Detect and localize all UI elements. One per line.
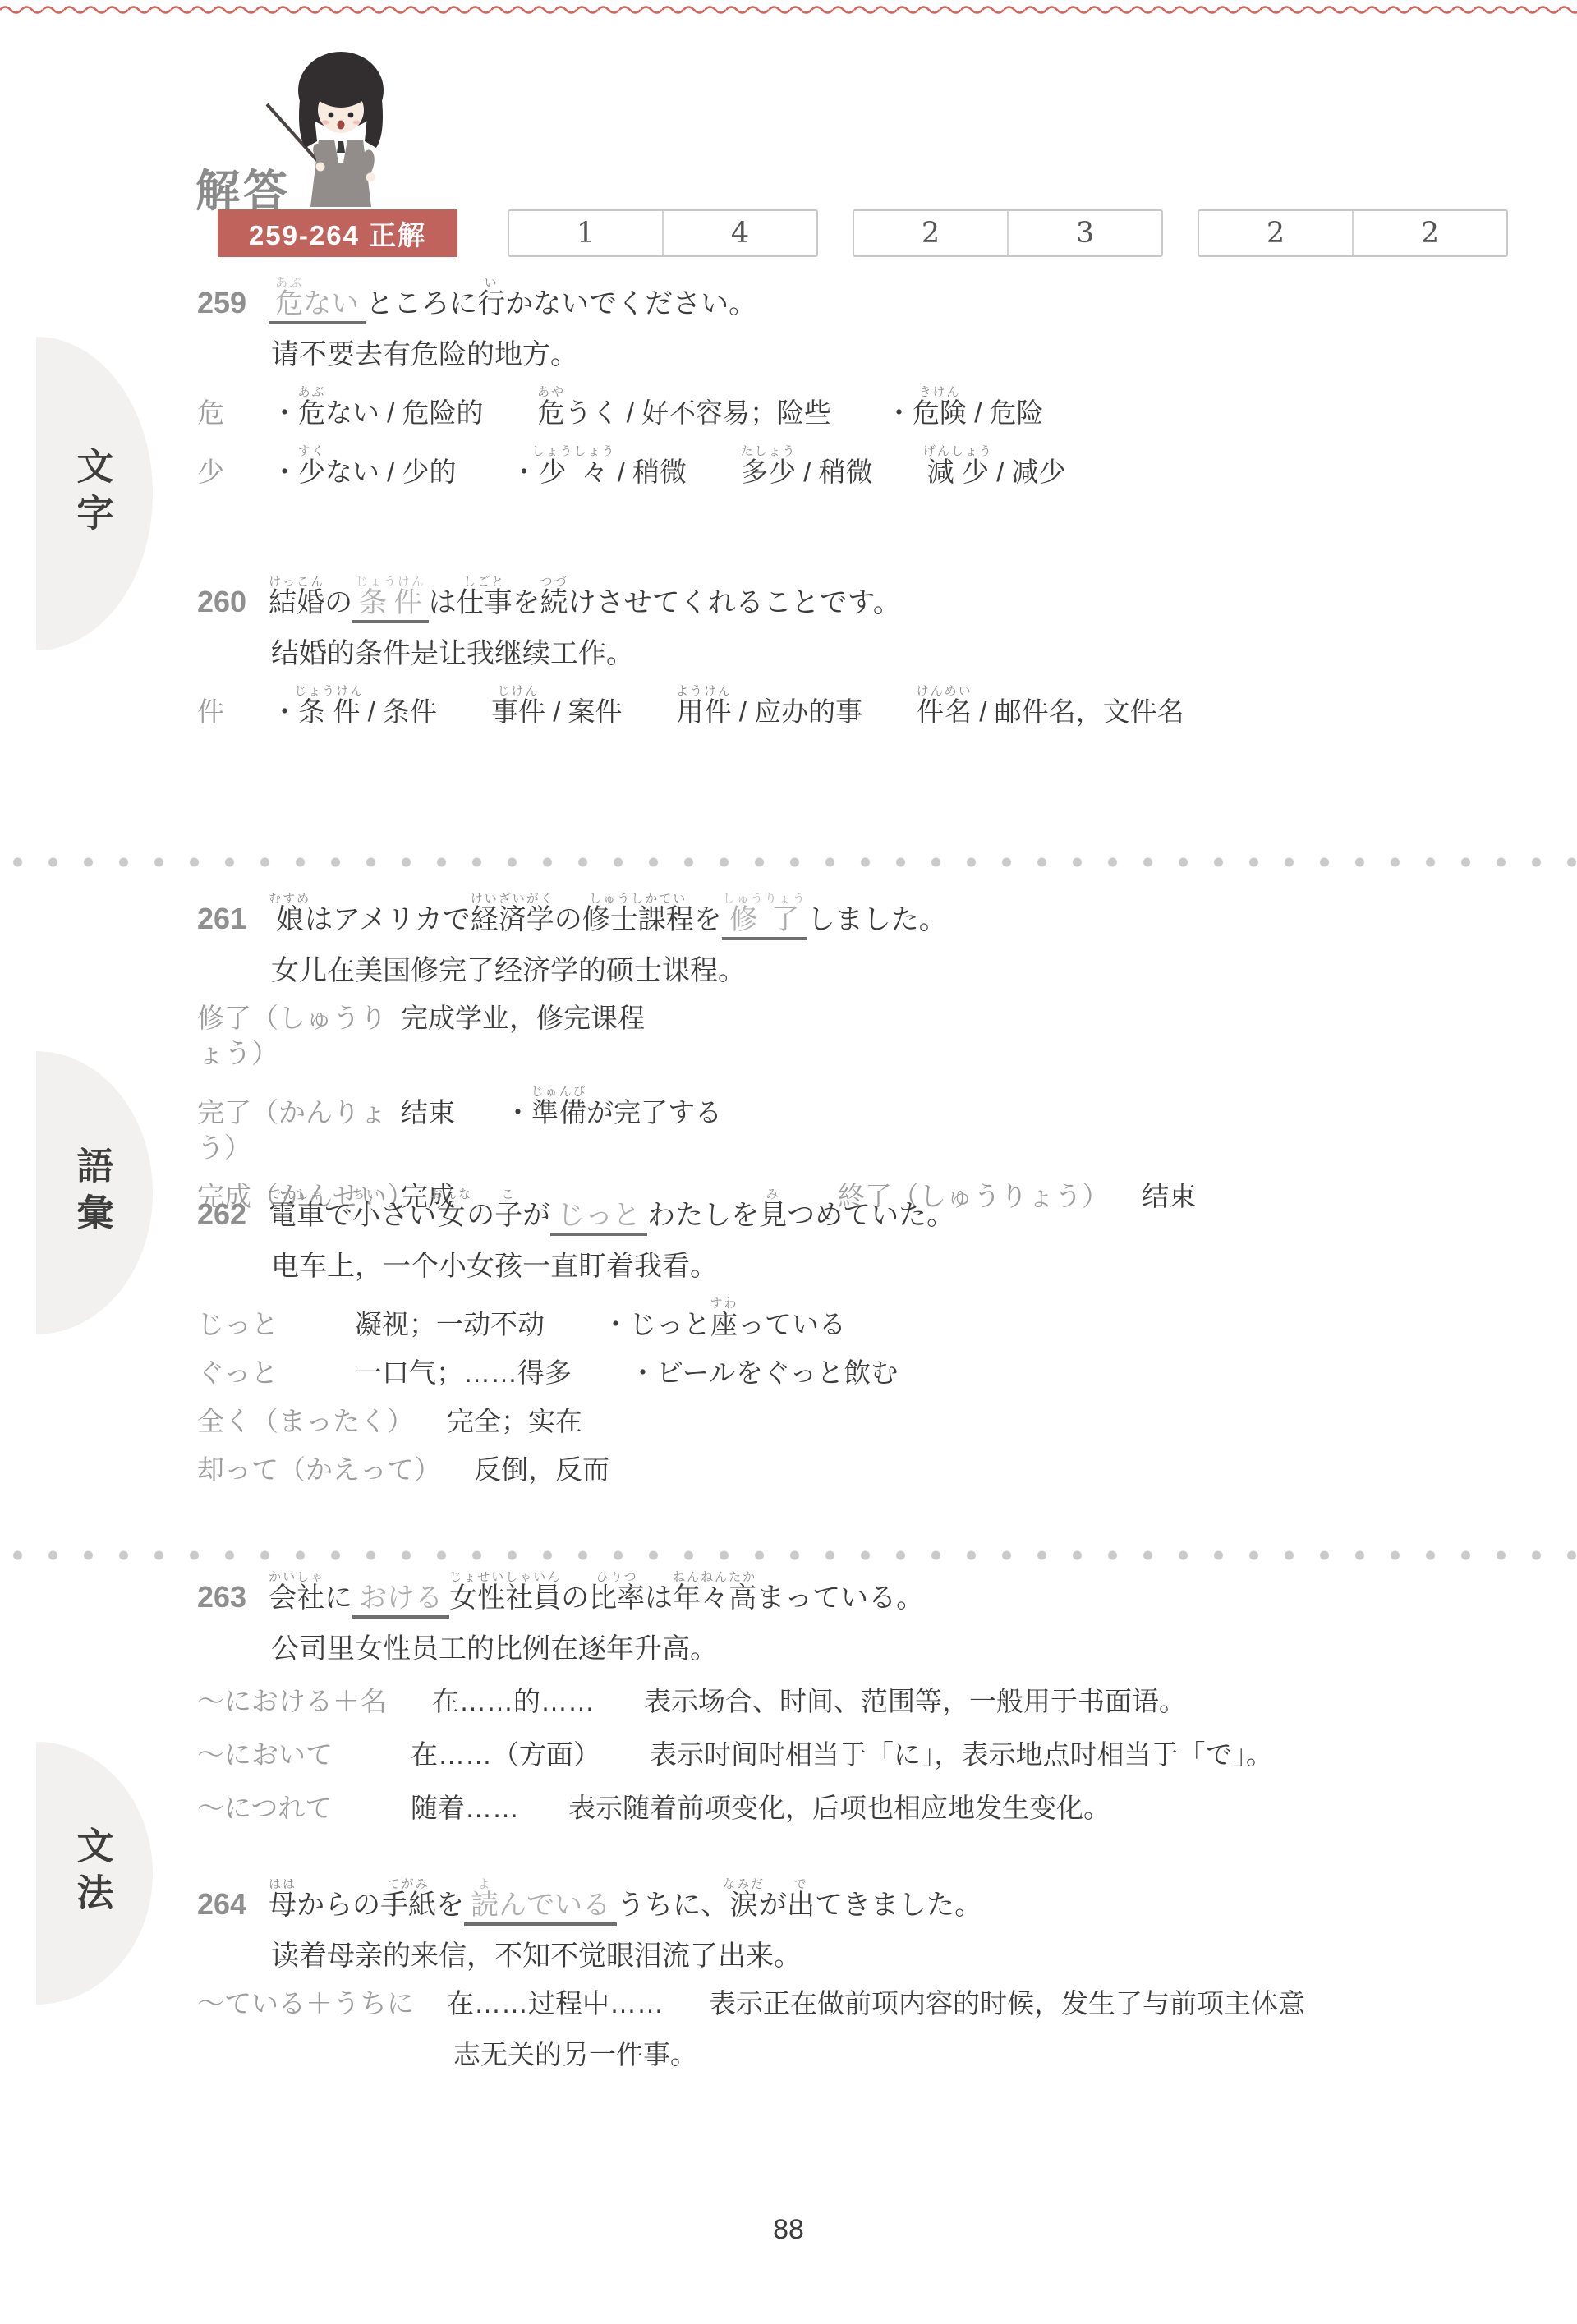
answer-boxes: 142322 [508, 209, 1508, 257]
text-segment: を [436, 1890, 464, 1921]
text-segment: / 条件 [361, 696, 492, 727]
ruby-annotated-word: 件名けんめい [917, 696, 972, 727]
ruby-annotated-word: 行い [477, 288, 505, 319]
explanation-rows: 件・条件じょうけん / 条件 事件じけん / 案件 用件ようけん / 应办的事 … [197, 684, 1577, 730]
ruby-annotated-word: 危あや [538, 397, 565, 428]
text-segment: 在……（方面） [411, 1739, 600, 1770]
side-tab-bunpo: 文法 [36, 1742, 153, 2005]
ruby-annotated-word: 少々しょうしょう [538, 457, 610, 487]
entry-example: 表示随着前项变化，后项也相应地发生变化。 [568, 1791, 1110, 1826]
question-number: 262 [197, 1197, 246, 1231]
entry-meaning: 一口气；……得多 [355, 1356, 572, 1391]
ruby-annotated-word: 女性社員じょせいしゃいん [449, 1582, 561, 1614]
text-segment: ～につれて [197, 1793, 332, 1823]
entry-label: 完了（かんりょう） [197, 1095, 401, 1166]
question-sentence: 結婚けっこんの条件じょうけんは仕事しごとを続つづけさせてくれることです。 [269, 575, 901, 619]
text-segment: 表示正在做前项内容的时候，发生了与前项主体意 [709, 1988, 1305, 2019]
text-segment: 在……的…… [432, 1686, 595, 1716]
text-segment: ・ [271, 397, 298, 428]
text-segment: 随着…… [411, 1793, 519, 1823]
question-block: 260結婚けっこんの条件じょうけんは仕事しごとを続つづけさせてくれることです。结… [197, 575, 1577, 730]
text-segment: を [513, 587, 540, 618]
ruby-annotated-word: 出で [787, 1890, 815, 1921]
text-segment: / 应办的事 [732, 696, 917, 727]
page-number: 88 [0, 2214, 1577, 2246]
chinese-translation: 请不要去有危险的地方。 [271, 332, 1577, 372]
ruby-annotated-word: 娘むすめ [269, 904, 305, 935]
ruby-annotated-word: 座すわ [710, 1309, 738, 1339]
ruby-annotated-word: 結婚けっこん [269, 587, 324, 618]
ruby-annotated-word: 電車でんしゃ [269, 1200, 324, 1231]
entry-example: ・準備じゅんびが完了する [504, 1085, 722, 1131]
ruby-annotated-word: 事件じけん [491, 696, 545, 727]
entry-label: じっと [197, 1307, 322, 1343]
explanation-rows: 修了（しゅうりょう）完成学业，修完课程完了（かんりょう）结束・準備じゅんびが完了… [197, 1001, 1577, 1214]
text-segment: てきました。 [815, 1890, 982, 1921]
text-segment: まっている。 [756, 1582, 924, 1614]
ruby-annotated-word: 条件じょうけん [359, 587, 422, 618]
ruby-annotated-word: 条件じょうけん [298, 696, 361, 727]
text-segment: うちに、 [617, 1890, 729, 1921]
text-segment: が [759, 1890, 787, 1921]
explanation-row: じっと凝视；一动不动・じっと座すわっている [197, 1297, 1577, 1343]
entry-label: 少 [197, 455, 271, 490]
entry-example: 表示场合、时间、范围等，一般用于书面语。 [644, 1684, 1186, 1720]
entry-label: 却って（かえって） [197, 1453, 441, 1488]
explanation-row: 件・条件じょうけん / 条件 事件じけん / 案件 用件ようけん / 应办的事 … [197, 684, 1577, 730]
answer-cell: 3 [1007, 211, 1161, 255]
text-segment: / 危险 [967, 397, 1044, 428]
entry-label: 危 [197, 396, 271, 431]
text-segment: わたしを [647, 1200, 759, 1231]
question-heading: 260結婚けっこんの条件じょうけんは仕事しごとを続つづけさせてくれることです。 [197, 575, 1577, 619]
side-tab-moji: 文字 [36, 337, 153, 650]
entry-meaning: ・少すくない / 少的 ・少々しょうしょう / 稍微 多少たしょう / 稍微 減… [271, 444, 1066, 490]
text-segment: ～における＋名 [197, 1686, 387, 1716]
ruby-annotated-word: 読よ [471, 1890, 499, 1921]
question-number: 260 [197, 585, 246, 618]
explanation-row: ～ている＋うちに在……过程中……表示正在做前项内容的时候，发生了与前项主体意 [197, 1986, 1577, 2022]
entry-meaning: 反倒，反而 [474, 1453, 609, 1488]
entry-meaning: 完全；实在 [447, 1404, 582, 1440]
text-segment: は [645, 1582, 673, 1614]
chinese-translation: 公司里女性员工的比例在逐年升高。 [271, 1626, 1577, 1666]
textbook-answer-page: 解答 259-264 正解 142322 文字 語彙 文法 259危あぶないとこ… [0, 0, 1577, 2324]
entry-example-continuation: 志无关的另一件事。 [453, 2033, 1577, 2072]
ruby-annotated-word: 危険きけん [913, 397, 967, 428]
answer-cell: 2 [1199, 211, 1352, 255]
text-segment: 修了（しゅうりょう） [197, 1003, 387, 1068]
entry-meaning: 在……（方面） [411, 1738, 600, 1773]
entry-meaning: 在……过程中…… [447, 1986, 664, 2022]
ruby-annotated-word: 修了しゅうりょう [729, 904, 801, 935]
question-number: 259 [197, 286, 246, 319]
text-segment: んでいる [499, 1890, 610, 1921]
entry-example: ・ビールをぐっと飲む [629, 1356, 898, 1391]
text-segment: ない / 危险的 [325, 397, 538, 428]
text-segment: が [522, 1200, 550, 1231]
question-number: 263 [197, 1580, 246, 1614]
explanation-rows: ～における＋名在……的……表示场合、时间、范围等，一般用于书面语。～において在…… [197, 1684, 1577, 1826]
text-segment: 表示时间时相当于「に」，表示地点时相当于「で」。 [650, 1739, 1273, 1770]
ruby-annotated-word: 涙なみだ [729, 1890, 759, 1921]
entry-meaning: 完成学业，修完课程 [401, 1001, 645, 1036]
explanation-row: 修了（しゅうりょう）完成学业，修完课程 [197, 1001, 1577, 1072]
explanation-row: 危・危あぶない / 危险的 危あやうく / 好不容易；险些 ・危険きけん / 危… [197, 385, 1577, 431]
text-segment: じっと [197, 1309, 278, 1339]
entry-label: 修了（しゅうりょう） [197, 1001, 401, 1072]
side-tab-goi: 語彙 [36, 1051, 153, 1334]
side-tab-label: 語彙 [66, 1146, 119, 1240]
ruby-annotated-word: 危あぶ [275, 288, 303, 319]
question-number: 264 [197, 1887, 246, 1921]
bangs [318, 80, 364, 108]
text-segment: を [694, 904, 722, 935]
text-segment: からの [297, 1890, 380, 1921]
ruby-annotated-word: 母はは [269, 1890, 297, 1921]
question-number: 261 [197, 902, 246, 935]
text-segment: おける [359, 1582, 443, 1614]
entry-example: ・じっと座すわっている [602, 1297, 846, 1343]
explanation-row: ぐっと一口气；……得多・ビールをぐっと飲む [197, 1356, 1577, 1391]
explanation-row: 却って（かえって）反倒，反而 [197, 1453, 1577, 1488]
entry-meaning: 结束 [401, 1095, 455, 1131]
entry-meaning: ・条件じょうけん / 条件 事件じけん / 案件 用件ようけん / 应办的事 件… [271, 684, 1184, 730]
answer-box-group: 22 [1198, 209, 1508, 257]
text-segment: ところに [366, 288, 477, 319]
text-segment: うく / 好不容易；险些 ・ [565, 397, 913, 428]
ruby-annotated-word: 修士課程しゅうしかてい [582, 904, 694, 935]
chinese-translation: 女儿在美国修完了经济学的硕士课程。 [271, 948, 1577, 988]
eye [348, 113, 354, 118]
red-wavy-top-border [0, 2, 1577, 14]
text-segment: っている [738, 1309, 846, 1339]
text-segment: つめていた。 [787, 1200, 954, 1231]
text-segment: ない / 少的 ・ [325, 457, 538, 487]
text-segment: の [554, 904, 582, 935]
ruby-annotated-word: 多少たしょう [741, 457, 796, 487]
ruby-annotated-word: 危あぶ [298, 397, 325, 428]
eye [329, 113, 334, 118]
chinese-translation: 结婚的条件是让我继续工作。 [271, 631, 1577, 671]
text-segment: は [429, 587, 457, 618]
ruby-annotated-word: 年々高ねんねんたか [673, 1582, 756, 1614]
answer-cell: 2 [1352, 211, 1506, 255]
text-segment: 却って（かえって） [197, 1454, 441, 1485]
text-segment: で [324, 1200, 352, 1231]
question-sentence: 母ははからの手紙てがみを読よんでいるうちに、涙なみだが出でてきました。 [269, 1877, 982, 1922]
question-block: 263会社かいしゃにおける女性社員じょせいしゃいんの比率ひりつは年々高ねんねんた… [197, 1570, 1577, 1826]
text-segment: / 稍微 [610, 457, 742, 487]
text-segment: かないでください。 [505, 288, 756, 319]
ruby-annotated-word: 準備じゅんび [531, 1097, 586, 1128]
text-segment: 结束 [401, 1097, 455, 1128]
question-sentence: 会社かいしゃにおける女性社員じょせいしゃいんの比率ひりつは年々高ねんねんたかまっ… [269, 1570, 924, 1614]
ruby-annotated-word: 用件ようけん [677, 696, 732, 727]
explanation-row: ～につれて随着……表示随着前项变化，后项也相应地发生变化。 [197, 1791, 1577, 1826]
question-range-banner: 259-264 正解 [218, 209, 457, 257]
dotted-separator [0, 857, 1577, 867]
ruby-annotated-word: 子こ [494, 1200, 522, 1231]
explanation-row: ～において在……（方面）表示时间时相当于「に」，表示地点时相当于「で」。 [197, 1738, 1577, 1773]
text-segment: 件 [197, 696, 224, 727]
ruby-annotated-word: 減少げんしょう [927, 457, 990, 487]
teacher-character-illustration [246, 43, 419, 223]
text-segment: 志无关的另一件事。 [453, 2039, 697, 2069]
ruby-annotated-word: 手紙てがみ [380, 1890, 436, 1921]
explanation-row: 少・少すくない / 少的 ・少々しょうしょう / 稍微 多少たしょう / 稍微 … [197, 444, 1577, 490]
entry-meaning: ・危あぶない / 危险的 危あやうく / 好不容易；险些 ・危険きけん / 危险 [271, 385, 1044, 431]
answer-box-group: 23 [853, 209, 1163, 257]
ruby-annotated-word: 比率ひりつ [589, 1582, 645, 1614]
chinese-translation: 读着母亲的来信，不知不觉眼泪流了出来。 [271, 1933, 1577, 1973]
text-segment: ・ビールをぐっと飲む [629, 1357, 898, 1388]
entry-label: ～における＋名 [197, 1684, 387, 1720]
answer-word-underlined: じっと [550, 1200, 647, 1236]
question-heading: 261娘むすめはアメリカで経済学けいざいがくの修士課程しゅうしかていを修了しゅう… [197, 892, 1577, 936]
entry-meaning: 随着…… [411, 1791, 519, 1826]
text-segment: / 稍微 [796, 457, 927, 487]
text-segment: の [467, 1200, 494, 1231]
entry-label: ～につれて [197, 1791, 366, 1826]
text-segment: / 案件 [545, 696, 677, 727]
entry-meaning: 在……的…… [432, 1684, 595, 1720]
explanation-rows: ～ている＋うちに在……过程中……表示正在做前项内容的时候，发生了与前项主体意志无… [197, 1986, 1577, 2072]
text-segment: じっと [557, 1200, 641, 1231]
entry-example: 表示时间时相当于「に」，表示地点时相当于「で」。 [650, 1738, 1273, 1773]
answer-word-underlined: 条件じょうけん [352, 587, 429, 623]
text-segment: 全く（まったく） [197, 1406, 414, 1436]
text-segment: 凝视；一动不动 [355, 1309, 545, 1339]
side-tab-label: 文字 [66, 447, 119, 540]
hand [316, 163, 325, 172]
ruby-annotated-word: 仕事しごと [457, 587, 513, 618]
text-segment: の [324, 587, 352, 618]
ruby-annotated-word: 会社かいしゃ [269, 1582, 324, 1614]
text-segment: 反倒，反而 [474, 1454, 609, 1485]
explanation-row: 完了（かんりょう）结束・準備じゅんびが完了する [197, 1085, 1577, 1166]
text-segment: ～において [197, 1739, 333, 1770]
dotted-separator [0, 1550, 1577, 1560]
ruby-annotated-word: 続つづ [540, 587, 568, 618]
text-segment: ～ている＋うちに [197, 1988, 414, 2019]
explanation-rows: じっと凝视；一动不动・じっと座すわっているぐっと一口气；……得多・ビールをぐっと… [197, 1297, 1577, 1488]
question-heading: 263会社かいしゃにおける女性社員じょせいしゃいんの比率ひりつは年々高ねんねんた… [197, 1570, 1577, 1614]
text-segment: ・じっと [602, 1309, 710, 1339]
text-segment: けさせてくれることです。 [568, 587, 901, 618]
ruby-annotated-word: 小ちい [352, 1200, 380, 1231]
text-segment: の [561, 1582, 589, 1614]
entry-label: ぐっと [197, 1356, 322, 1391]
text-segment: ぐっと [197, 1357, 278, 1388]
question-sentence: 娘むすめはアメリカで経済学けいざいがくの修士課程しゅうしかていを修了しゅうりょう… [269, 892, 947, 936]
answer-word-underlined: 修了しゅうりょう [722, 904, 807, 940]
text-segment: 表示随着前项变化，后项也相应地发生变化。 [568, 1793, 1110, 1823]
question-block: 262電車でんしゃで小ちいさい女おんなの子こがじっとわたしを見みつめていた。电车… [197, 1187, 1577, 1488]
answer-box-group: 14 [508, 209, 818, 257]
entry-label: 件 [197, 695, 271, 730]
answer-cell: 2 [854, 211, 1007, 255]
ruby-annotated-word: 少すく [298, 457, 325, 487]
explanation-row: 全く（まったく）完全；实在 [197, 1404, 1577, 1440]
mouth [338, 121, 345, 130]
text-segment: 危 [197, 397, 224, 428]
side-tab-label: 文法 [66, 1826, 119, 1920]
question-block: 259危あぶないところに行いかないでください。请不要去有危险的地方。危・危あぶな… [197, 276, 1577, 490]
answer-word-underlined: 読よんでいる [464, 1890, 617, 1926]
answer-cell: 1 [509, 211, 662, 255]
text-segment: / 减少 [989, 457, 1066, 487]
explanation-rows: 危・危あぶない / 危险的 危あやうく / 好不容易；险些 ・危険きけん / 危… [197, 385, 1577, 490]
text-segment: さい [380, 1200, 436, 1231]
text-segment: / 邮件名，文件名 [972, 696, 1184, 727]
question-block: 261娘むすめはアメリカで経済学けいざいがくの修士課程しゅうしかていを修了しゅう… [197, 892, 1577, 1215]
text-segment: ・ [504, 1097, 531, 1128]
hand [366, 173, 375, 182]
entry-label: ～において [197, 1738, 366, 1773]
chinese-translation: 电车上，一个小女孩一直盯着我看。 [271, 1243, 1577, 1284]
answer-cell: 4 [662, 211, 816, 255]
question-block: 264母ははからの手紙てがみを読よんでいるうちに、涙なみだが出でてきました。读着… [197, 1877, 1577, 2072]
text-segment: はアメリカで [305, 904, 471, 935]
question-sentence: 電車でんしゃで小ちいさい女おんなの子こがじっとわたしを見みつめていた。 [269, 1187, 954, 1232]
explanation-row: ～における＋名在……的……表示场合、时间、范围等，一般用于书面语。 [197, 1684, 1577, 1720]
question-heading: 262電車でんしゃで小ちいさい女おんなの子こがじっとわたしを見みつめていた。 [197, 1187, 1577, 1232]
answer-word-underlined: おける [352, 1582, 449, 1619]
text-segment: 完成学业，修完课程 [401, 1003, 645, 1033]
text-segment: 完了（かんりょう） [197, 1097, 387, 1163]
entry-label: ～ている＋うちに [197, 1986, 414, 2022]
entry-label: 全く（まったく） [197, 1404, 414, 1440]
question-heading: 264母ははからの手紙てがみを読よんでいるうちに、涙なみだが出でてきました。 [197, 1877, 1577, 1922]
question-heading: 259危あぶないところに行いかないでください。 [197, 276, 1577, 320]
answer-word-underlined: 危あぶない [269, 288, 366, 324]
text-segment: に [324, 1582, 352, 1614]
ruby-annotated-word: 見み [759, 1200, 787, 1231]
text-segment: 少 [197, 457, 224, 487]
text-segment: 完全；实在 [447, 1406, 582, 1436]
text-segment: 在……过程中…… [447, 1988, 664, 2019]
entry-example: 表示正在做前项内容的时候，发生了与前项主体意 [709, 1986, 1305, 2022]
text-segment: ない [303, 288, 359, 319]
text-segment: 一口气；……得多 [355, 1357, 572, 1388]
question-sentence: 危あぶないところに行いかないでください。 [269, 276, 756, 320]
entry-meaning: 凝视；一动不动 [355, 1307, 545, 1343]
ruby-annotated-word: 女おんな [436, 1200, 467, 1231]
text-segment: が完了する [586, 1097, 722, 1128]
ruby-annotated-word: 経済学けいざいがく [471, 904, 554, 935]
text-segment: 表示场合、时间、范围等，一般用于书面语。 [644, 1686, 1186, 1716]
text-segment: しました。 [807, 904, 947, 935]
text-segment: ・ [271, 457, 298, 487]
